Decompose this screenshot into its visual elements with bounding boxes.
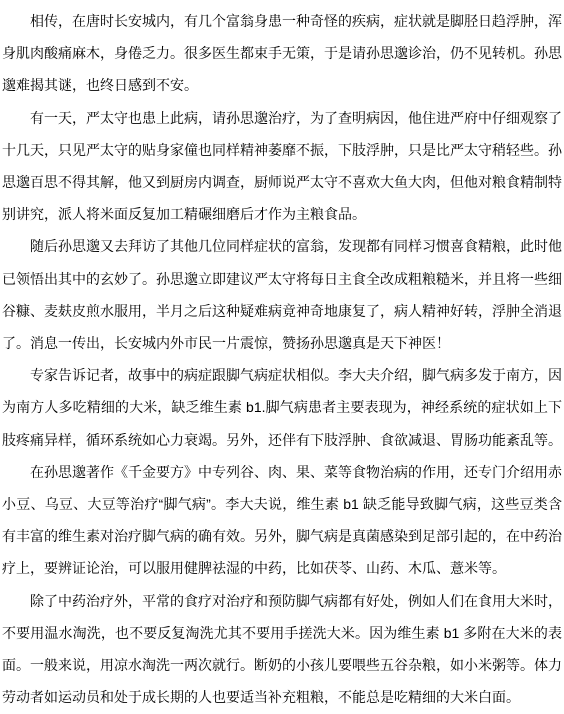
paragraph-expert-symptoms: 专家告诉记者，故事中的病症跟脚气病症状相似。李大夫介绍，脚气病多发于南方，因为南… (2, 359, 562, 456)
paragraph-diet-advice: 除了中药治疗外，平常的食疗对治疗和预防脚气病都有好处，例如人们在食用大米时，不要… (2, 585, 562, 714)
article-text-body: 相传，在唐时长安城内，有几个富翁身患一种奇怪的疾病，症状就是脚胫日趋浮肿，浑身肌… (0, 0, 564, 713)
paragraph-story-intro: 相传，在唐时长安城内，有几个富翁身患一种奇怪的疾病，症状就是脚胫日趋浮肿，浑身肌… (2, 5, 562, 102)
paragraph-qianjin-remedies: 在孙思邈著作《千金要方》中专列谷、肉、果、菜等食物治病的作用，还专门介绍用赤小豆… (2, 456, 562, 585)
paragraph-cure-discovery: 随后孙思邈又去拜访了其他几位同样症状的富翁，发现都有同样习惯喜食精粮，此时他已领… (2, 230, 562, 359)
paragraph-taishou-case: 有一天，严太守也患上此病，请孙思邈治疗，为了查明病因，他住进严府中仔细观察了十几… (2, 102, 562, 231)
